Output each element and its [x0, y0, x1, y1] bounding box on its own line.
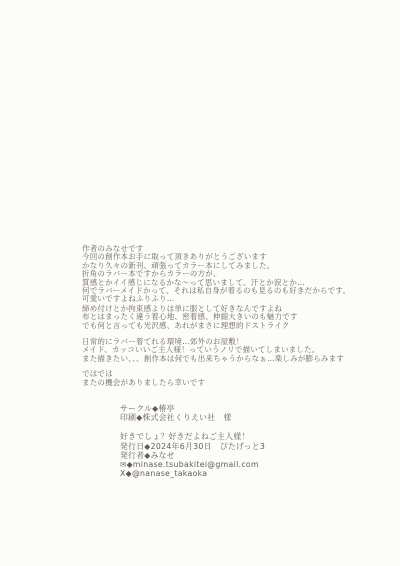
afterword-paragraph: 作者のみなせです 今回の創作本お手に取って頂きありがとうございます かなり久々の… — [82, 245, 342, 304]
doujinshi-afterword-page: 作者のみなせです 今回の創作本お手に取って頂きありがとうございます かなり久々の… — [0, 0, 400, 566]
colophon-publication: 好きでしょ？好きだよねご主人様！ 発行日◆2024年6月30日 ぴたげっと3 発… — [120, 432, 340, 478]
email-icon: ✉ — [120, 460, 127, 469]
publish-date: 発行日◆2024年6月30日 ぴたげっと3 — [120, 442, 340, 451]
afterword-text: 作者のみなせです 今回の創作本お手に取って頂きありがとうございます かなり久々の… — [82, 245, 342, 387]
x-account: ◆@nanase_takaoka — [126, 469, 208, 478]
email-address: ◆minase.tsubakitei@gmail.com — [127, 460, 259, 469]
publisher-name: 発行者◆みなせ — [120, 451, 340, 460]
afterword-closing: ではでは またの機会がありましたら幸いです — [82, 370, 342, 387]
circle-name: サークル◆椿亭 — [120, 404, 340, 413]
afterword-line: またの機会がありましたら幸いです — [82, 378, 205, 387]
email-row: ✉◆minase.tsubakitei@gmail.com — [120, 460, 340, 469]
afterword-line: でも何と言っても光沢感、あれがまさに理想的ドストライク — [82, 321, 289, 330]
x-row: X◆@nanase_takaoka — [120, 469, 340, 478]
colophon-credits: サークル◆椿亭 印刷◆株式会社くりえい社 様 — [120, 404, 340, 422]
afterword-line: 可愛いですよねふりふり… — [82, 294, 174, 303]
afterword-paragraph: 締め付けとか拘束感よりは単に服として好きなんですよね 布とはまったく違う着心地、… — [82, 305, 342, 330]
afterword-line: また描きたい、、、創作本は何でも出来ちゃうからなぁ…楽しみが膨らみます — [82, 354, 344, 363]
afterword-paragraph: 日常的にラバー着てれる環境…郊外のお屋敷！ メイド、カッコいいご主人様！っていう… — [82, 338, 342, 363]
printer-name: 印刷◆株式会社くりえい社 様 — [120, 413, 340, 422]
book-title: 好きでしょ？好きだよねご主人様！ — [120, 432, 340, 441]
colophon: サークル◆椿亭 印刷◆株式会社くりえい社 様 好きでしょ？好きだよねご主人様！ … — [120, 404, 340, 478]
